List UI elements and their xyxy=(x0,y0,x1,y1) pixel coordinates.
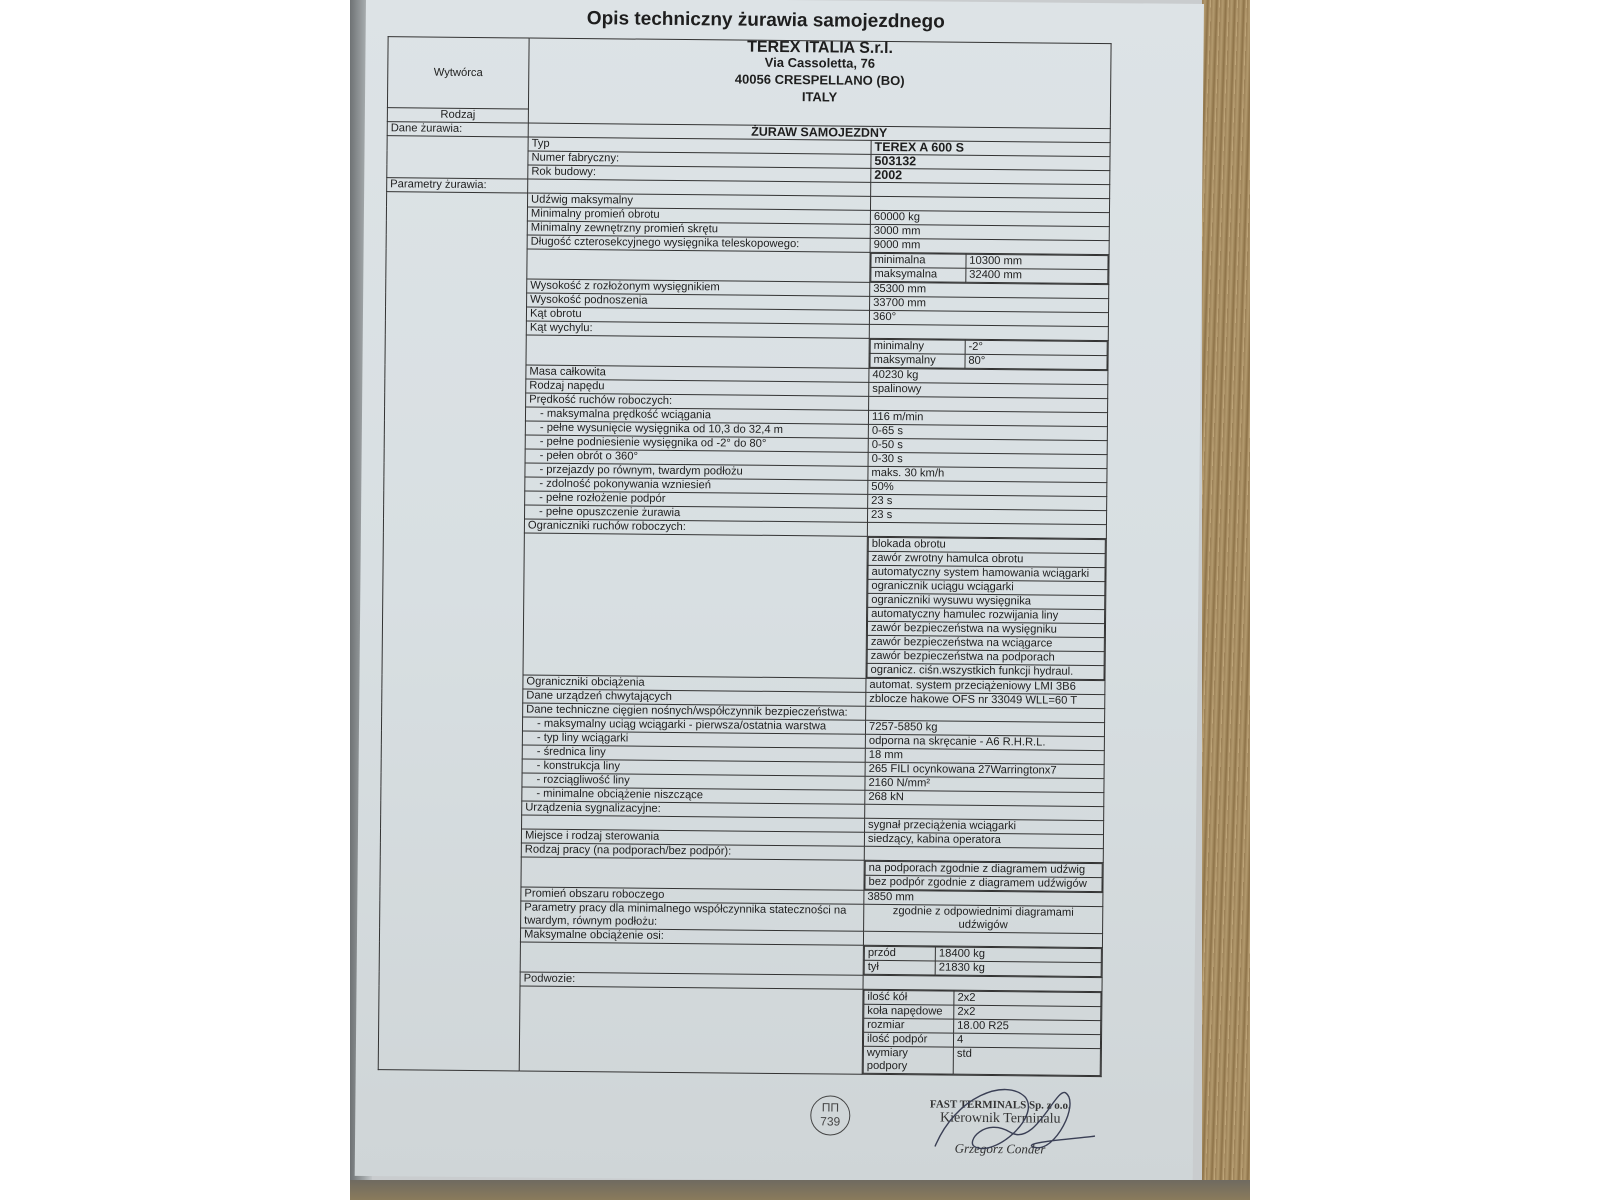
param-value: 3850 mm xyxy=(864,890,1103,906)
limiter-item: automatyczny hamulec rozwijania liny xyxy=(868,607,1105,623)
param-value: zgodnie z odpowiednimi diagramami udźwig… xyxy=(864,904,1103,933)
manufacturer-label: Wytwórca xyxy=(387,37,529,109)
document-photo: Opis techniczny żurawia samojezdnego Wyt… xyxy=(350,0,1250,1200)
param-value: 9000 mm xyxy=(870,238,1109,254)
kind-label: Rodzaj xyxy=(387,108,528,123)
sub-label: maksymalny xyxy=(870,353,965,368)
spec-table: Wytwórca TEREX ITALIA S.r.l. Via Cassole… xyxy=(378,36,1112,1077)
sub-label: minimalna xyxy=(871,253,966,268)
crane-data-label: Dane żurawia: xyxy=(387,122,528,137)
speed-value: maks. 30 km/h xyxy=(868,466,1107,482)
work-mode-list: na podporach zgodnie z diagramem udźwig … xyxy=(864,861,1102,892)
sub-label: maksymalna xyxy=(871,267,966,282)
sub-label: tył xyxy=(864,960,935,975)
limiter-item: zawór bezpieczeństwa na podporach xyxy=(867,649,1104,665)
sub-label: ilość podpór xyxy=(863,1032,953,1047)
limiter-item: zawór bezpieczeństwa na wysięgniku xyxy=(867,621,1104,637)
limiter-item: blokada obrotu xyxy=(868,537,1105,553)
rope-value: 2160 N/mm² xyxy=(865,776,1104,792)
manufacturer-block: TEREX ITALIA S.r.l. Via Cassoletta, 76 4… xyxy=(528,38,1111,129)
work-mode-item: na podporach zgodnie z diagramem udźwig xyxy=(865,861,1102,877)
param-value: spalinowy xyxy=(869,382,1108,398)
boom-length-table: minimalna10300 mm maksymalna32400 mm xyxy=(870,253,1108,284)
limiter-item: ograniczniki wysuwu wysięgnika xyxy=(868,593,1105,609)
sub-value: 80° xyxy=(965,354,1107,369)
sub-value: std xyxy=(953,1047,1100,1075)
work-mode-item: bez podpór zgodnie z diagramem udźwigów xyxy=(865,875,1102,891)
sub-value: 18.00 R25 xyxy=(954,1019,1101,1034)
rope-value: 268 kN xyxy=(865,790,1104,806)
serial-value: 503132 xyxy=(871,154,1110,170)
rope-value: 265 FILI ocynkowana 27Warringtonx7 xyxy=(865,762,1104,778)
sub-value: 2x2 xyxy=(954,1005,1101,1020)
param-value: 60000 kg xyxy=(870,210,1109,226)
limiter-item: zawór bezpieczeństwa na wciągarce xyxy=(867,635,1104,651)
chassis-table: ilość kół2x2 koła napędowe2x2 rozmiar18.… xyxy=(863,990,1102,1076)
params-label: Parametry żurawia: xyxy=(387,178,528,193)
limiter-item: ogranicznik uciągu wciągarki xyxy=(868,579,1105,595)
param-value: zblocze hakowe OFS nr 33049 WLL=60 T xyxy=(866,692,1105,708)
paper-sheet: Opis techniczny żurawia samojezdnego Wyt… xyxy=(355,0,1204,1184)
limiter-item: automatyczny system hamowania wciągarki xyxy=(868,565,1105,581)
param-value: 3000 mm xyxy=(870,224,1109,240)
sub-value: 21830 kg xyxy=(935,961,1101,977)
param-value: 33700 mm xyxy=(870,296,1109,312)
axle-load-table: przód18400 kg tył21830 kg xyxy=(864,946,1102,977)
wood-desk xyxy=(1202,0,1250,1200)
sub-value: 4 xyxy=(954,1033,1101,1048)
page-title: Opis techniczny żurawia samojezdnego xyxy=(366,6,1166,36)
stamp-line-2: 739 xyxy=(811,1114,849,1128)
luff-angle-table: minimalny-2° maksymalny80° xyxy=(869,339,1107,370)
motion-limiters-list: blokada obrotu zawór zwrotny hamulca obr… xyxy=(866,537,1105,680)
sub-value: 18400 kg xyxy=(935,947,1101,963)
sub-value: 32400 mm xyxy=(966,268,1108,283)
sub-label: wymiary podpory xyxy=(863,1046,953,1074)
limiter-item: ogranicz. ciśn.wszystkich funkcji hydrau… xyxy=(867,663,1104,679)
sub-value: 2x2 xyxy=(954,991,1101,1006)
param-label: Parametry pracy dla minimalnego współczy… xyxy=(521,901,864,931)
desk-edge xyxy=(350,1180,1250,1200)
param-value: sygnał przeciążenia wciągarki xyxy=(865,818,1104,834)
signature-icon xyxy=(915,1076,1096,1168)
limiter-item: zawór zwrotny hamulca obrotu xyxy=(868,551,1105,567)
rope-value: 18 mm xyxy=(865,748,1104,764)
stamp-line-1: ПП xyxy=(811,1100,849,1114)
sub-label: przód xyxy=(864,946,935,961)
rope-value: odporna na skręcanie - A6 R.H.R.L. xyxy=(865,734,1104,750)
sub-value: 10300 mm xyxy=(966,254,1108,269)
sub-label: minimalny xyxy=(870,339,965,354)
param-value: siedzący, kabina operatora xyxy=(864,832,1103,848)
circle-stamp: ПП 739 xyxy=(810,1095,850,1135)
speed-value: 116 m/min xyxy=(868,410,1107,426)
sub-label: rozmiar xyxy=(864,1018,954,1033)
sub-value: -2° xyxy=(965,340,1107,355)
sub-label: ilość kół xyxy=(864,990,954,1005)
sub-label: koła napędowe xyxy=(864,1004,954,1019)
